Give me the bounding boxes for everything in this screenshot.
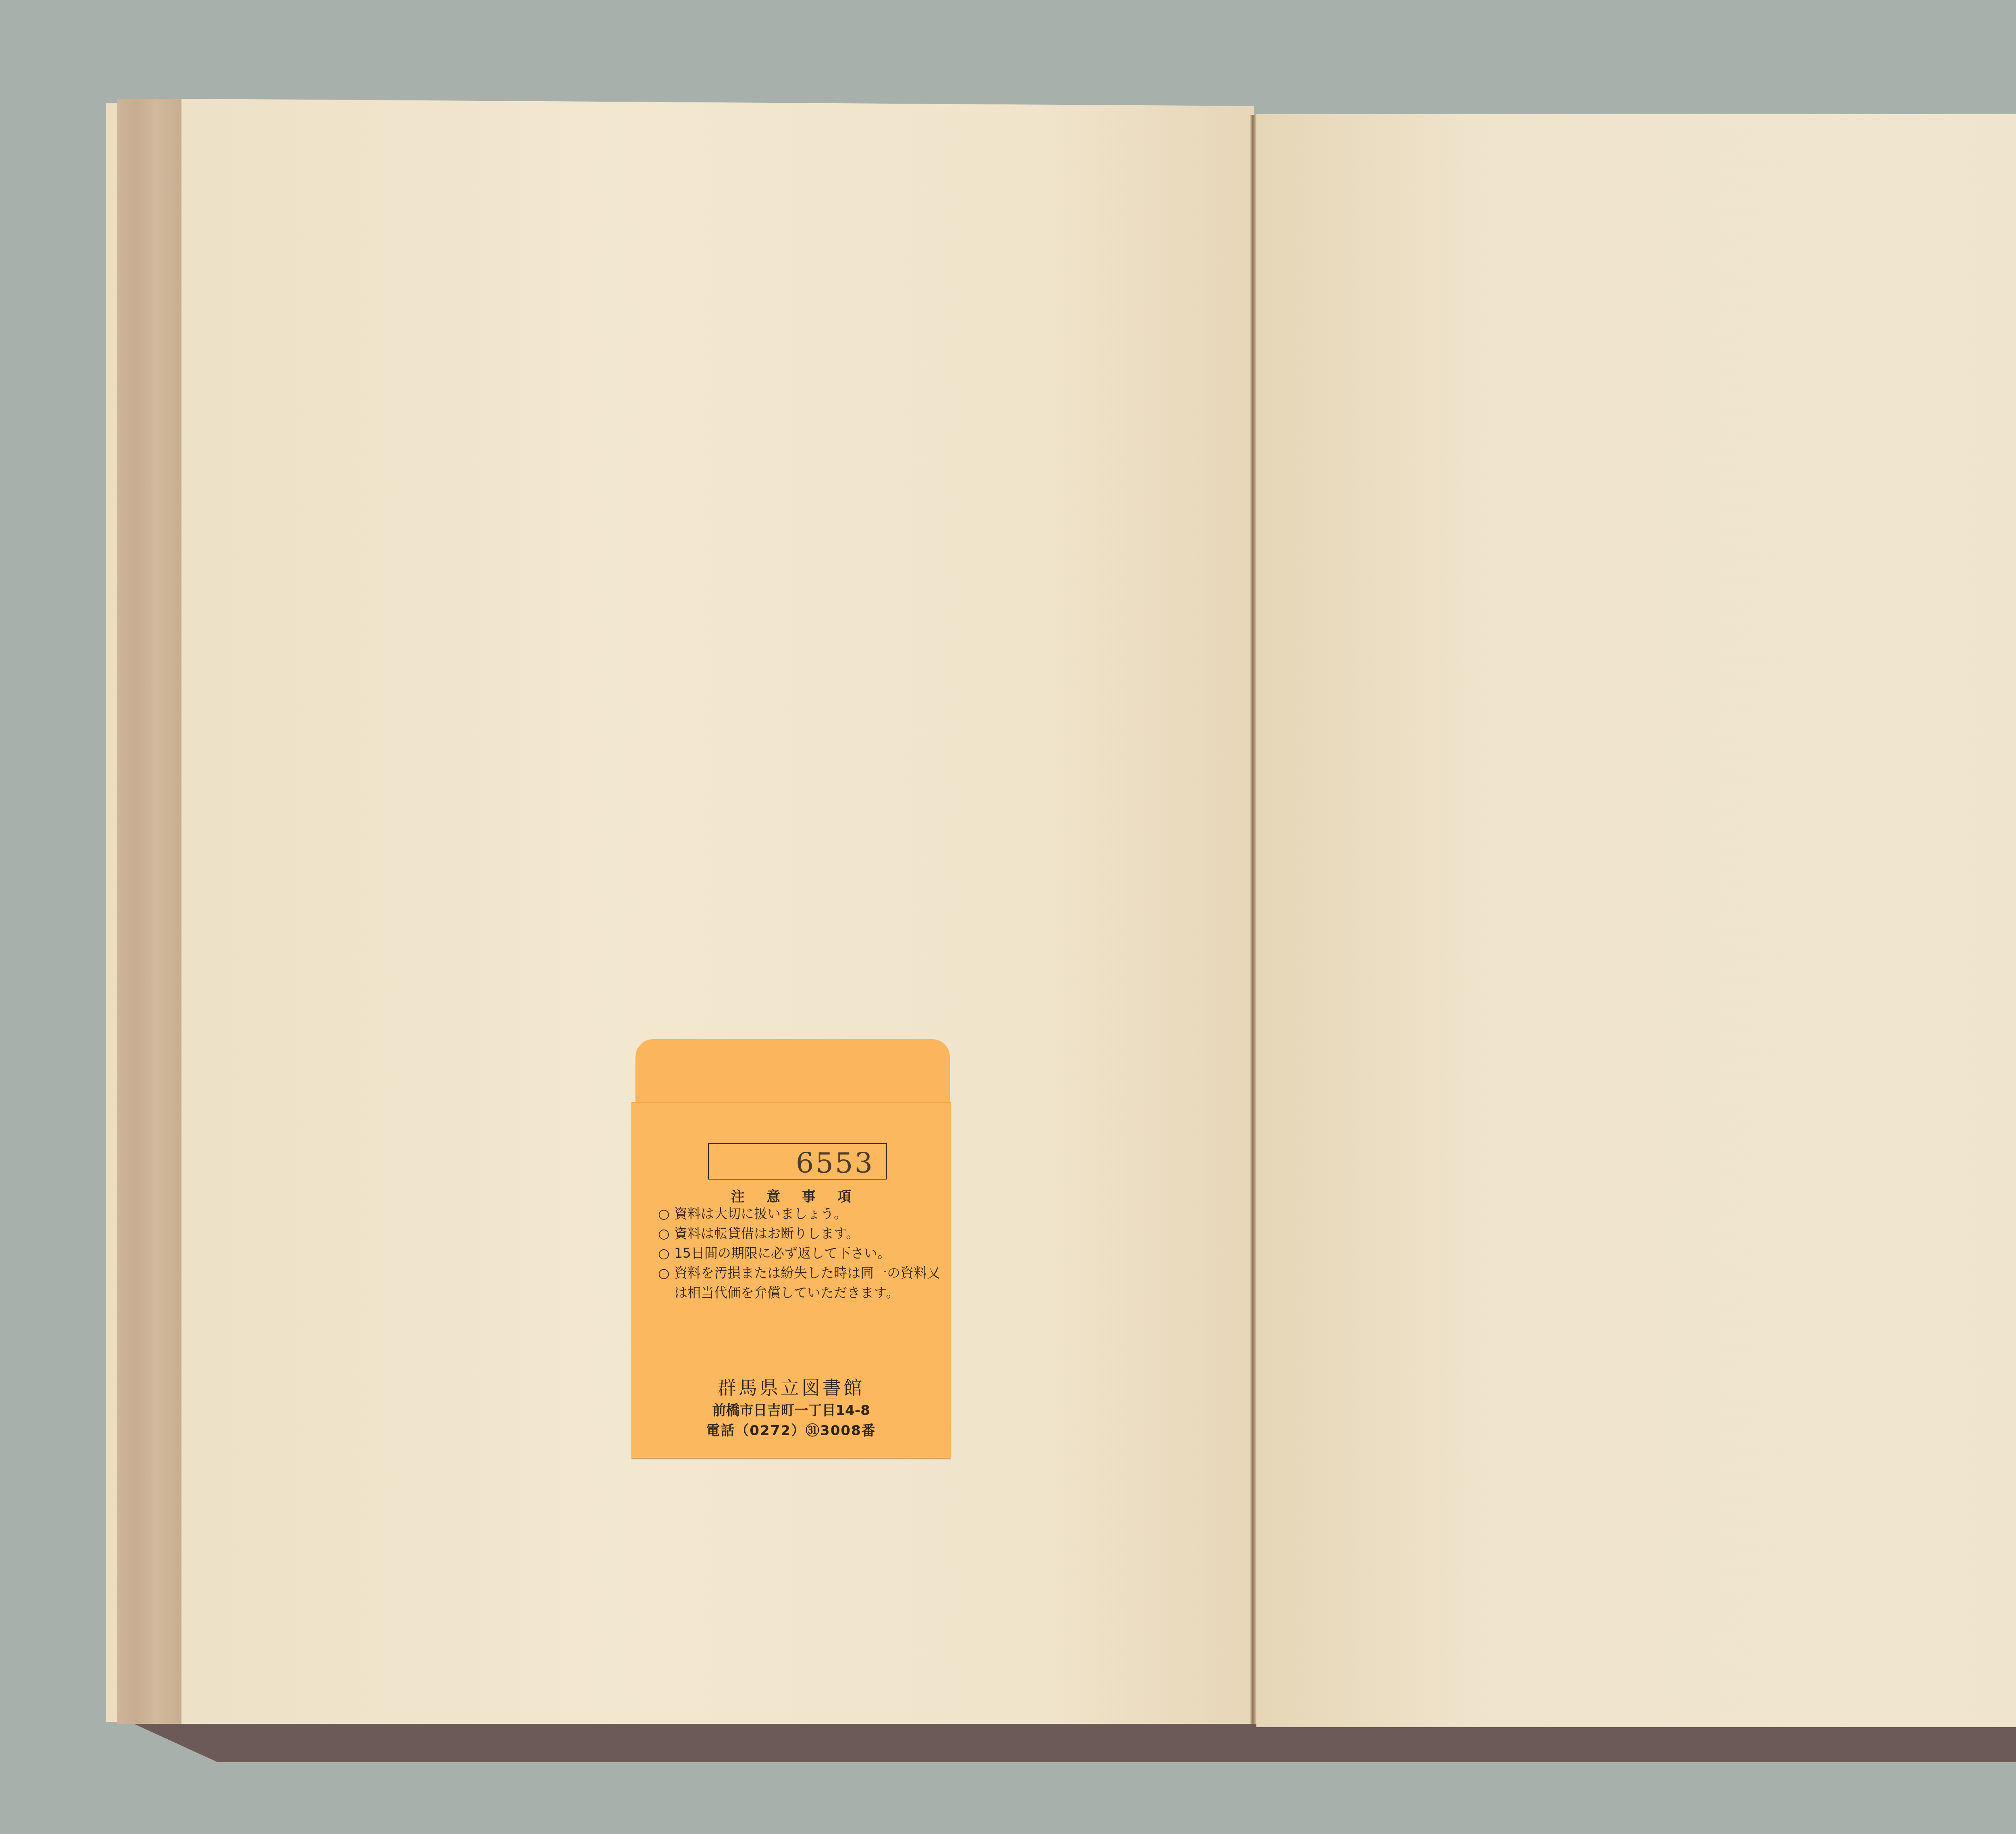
- rule-text: 資料は転貸借はお断りします。: [674, 1225, 859, 1241]
- rule-item: ○ 資料は大切に扱いましょう。: [658, 1204, 940, 1223]
- library-name: 群馬県立図書館: [631, 1373, 951, 1400]
- library-phone: 電話（0272）㉛3008番: [631, 1419, 951, 1439]
- rule-text: 資料は大切に扱いましょう。: [674, 1206, 847, 1221]
- right-page: [1256, 114, 2016, 1727]
- back-cover-edge: [106, 103, 118, 1722]
- rule-text: 15日間の期限に必ず返して下さい。: [674, 1245, 891, 1261]
- page-block-edge: [117, 99, 181, 1724]
- rule-text: 資料を汚損または紛失した時は同一の資料又は相当代価を弁償していただきます。: [674, 1265, 940, 1300]
- circle-bullet-icon: ○: [658, 1243, 670, 1263]
- circle-bullet-icon: ○: [658, 1263, 670, 1283]
- book-shadow: [258, 1722, 2016, 1762]
- rule-item: ○ 資料を汚損または紛失した時は同一の資料又は相当代価を弁償していただきます。: [658, 1263, 940, 1303]
- library-address: 前橋市日吉町一丁目14-8: [631, 1399, 951, 1419]
- rule-item: ○ 15日間の期限に必ず返して下さい。: [658, 1243, 940, 1263]
- rules-list: ○ 資料は大切に扱いましょう。 ○ 資料は転貸借はお断りします。 ○ 15日間の…: [658, 1204, 940, 1303]
- circle-bullet-icon: ○: [658, 1204, 670, 1223]
- left-page: [181, 99, 1254, 1724]
- circle-bullet-icon: ○: [658, 1223, 670, 1243]
- call-number: 6553: [796, 1146, 874, 1180]
- notice-title: 注意事項: [631, 1186, 951, 1205]
- rule-item: ○ 資料は転貸借はお断りします。: [658, 1223, 940, 1243]
- call-number-box: 6553: [708, 1143, 887, 1180]
- book-gutter: [1250, 115, 1256, 1724]
